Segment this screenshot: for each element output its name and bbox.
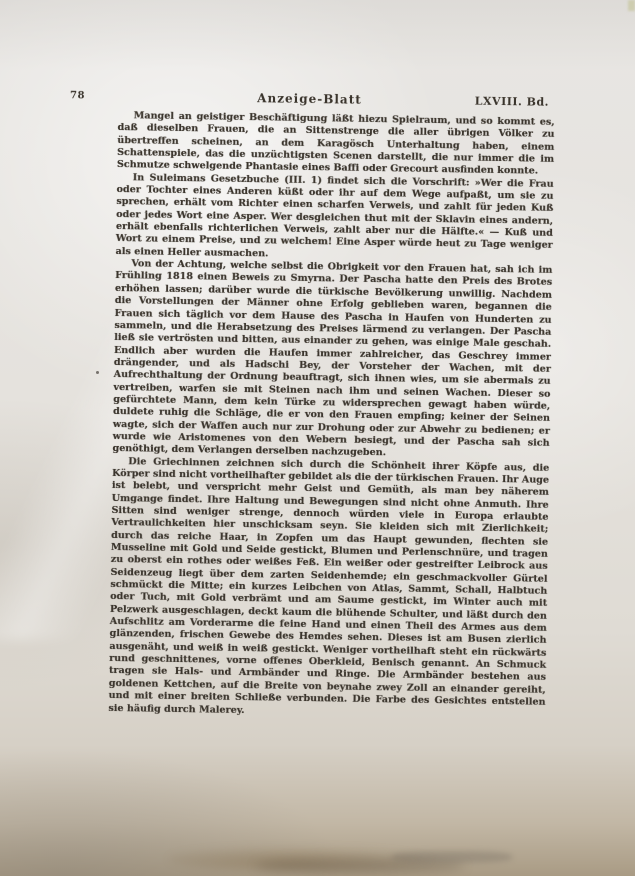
- volume-label: LXVIII. Bd.: [475, 95, 549, 109]
- printed-page: 78 Anzeige-Blatt LXVIII. Bd. Mangel an g…: [0, 0, 635, 876]
- masthead-title: Anzeige-Blatt: [257, 91, 362, 107]
- scanned-page-photo: 78 Anzeige-Blatt LXVIII. Bd. Mangel an g…: [0, 0, 635, 876]
- body-paragraph: In Suleimans Gesetzbuche (III. 1) findet…: [115, 172, 553, 265]
- bleed-through-smudge: [255, 858, 465, 874]
- body-paragraph: Mangel an geistiger Beschäftigung läßt h…: [117, 110, 555, 179]
- background-corner-sliver: [628, 0, 635, 11]
- body-paragraph: Die Griechinnen zeichnen sich durch die …: [108, 456, 549, 722]
- page-body: Mangel an geistiger Beschäftigung läßt h…: [108, 110, 554, 722]
- page-number: 78: [70, 90, 85, 101]
- body-paragraph: Von der Achtung, welche selbst die Obrig…: [112, 258, 552, 462]
- page-header: 78 Anzeige-Blatt LXVIII. Bd.: [70, 88, 549, 109]
- paper-speck: [96, 371, 99, 374]
